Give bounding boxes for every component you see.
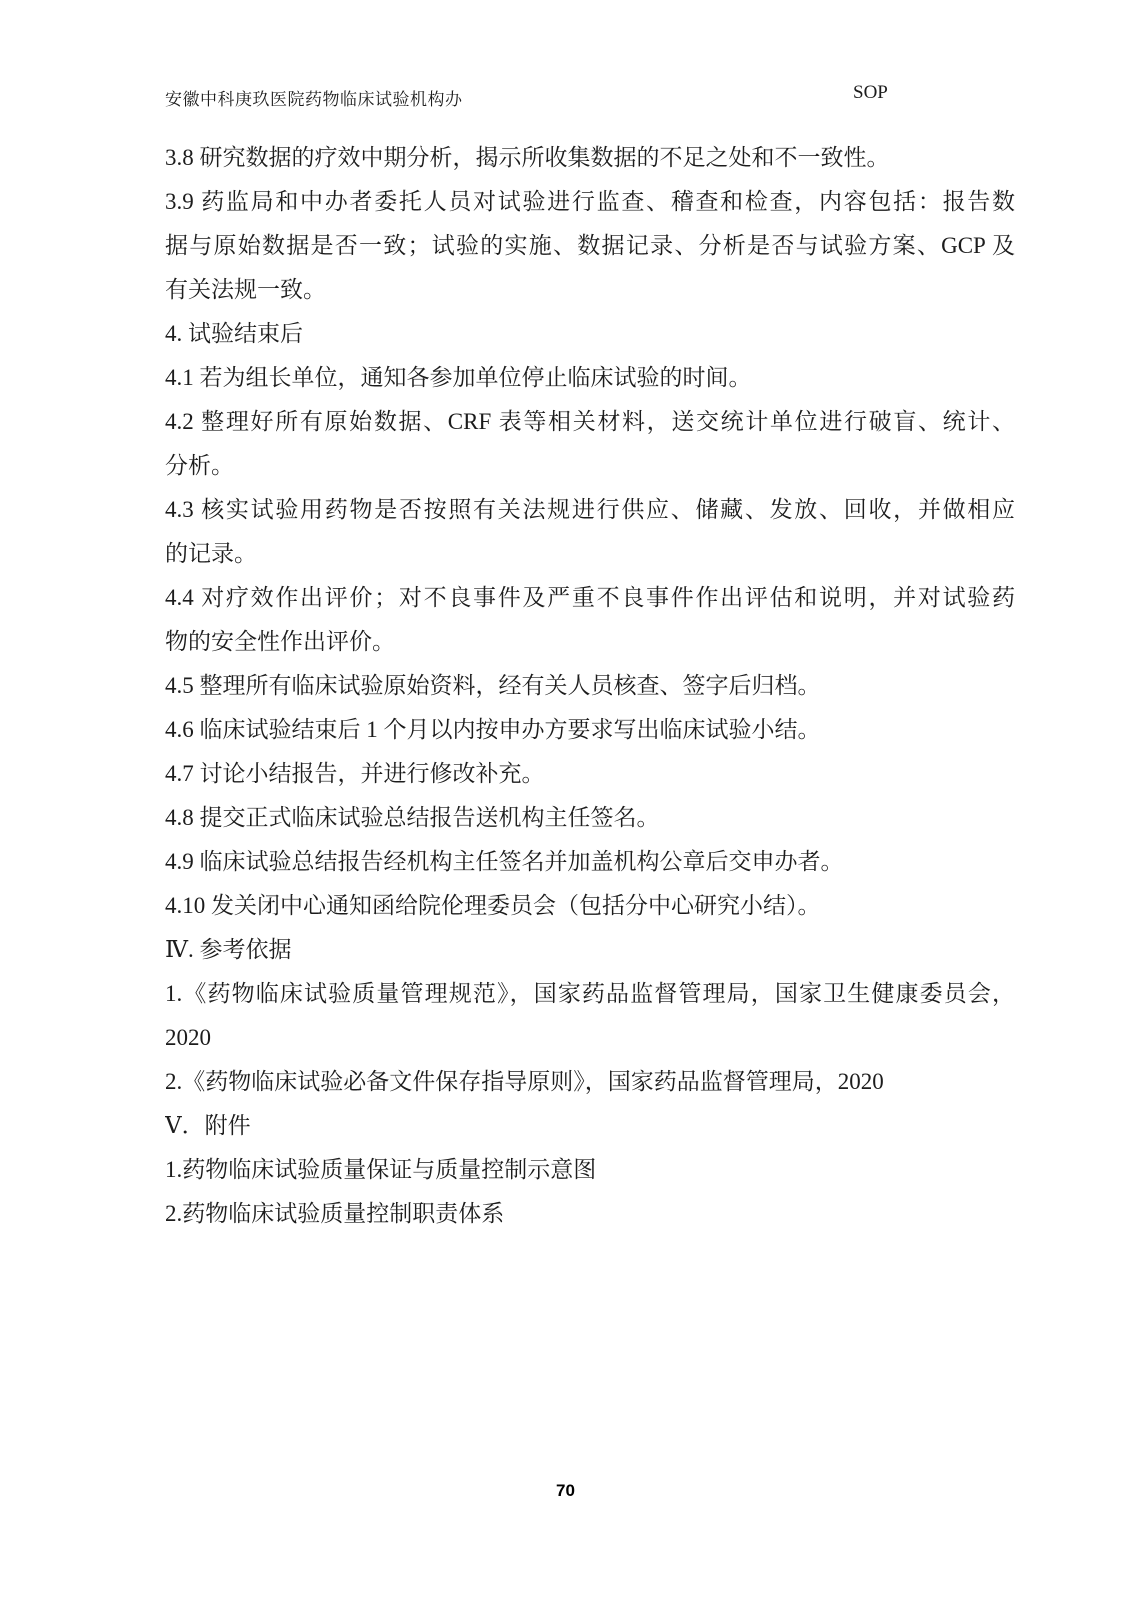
body-line: 分析。 xyxy=(165,444,1015,488)
body-line: 4.10 发关闭中心通知函给院伦理委员会（包括分中心研究小结）。 xyxy=(165,884,1015,928)
body-line: 4. 试验结束后 xyxy=(165,312,1015,356)
body-line: 1.《药物临床试验质量管理规范》，国家药品监督管理局，国家卫生健康委员会， xyxy=(165,972,1015,1016)
body-line: 物的安全性作出评价。 xyxy=(165,620,1015,664)
body-line: 4.5 整理所有临床试验原始资料，经有关人员核查、签字后归档。 xyxy=(165,664,1015,708)
body-line: 4.7 讨论小结报告，并进行修改补充。 xyxy=(165,752,1015,796)
document-body: 3.8 研究数据的疗效中期分析，揭示所收集数据的不足之处和不一致性。3.9 药监… xyxy=(165,136,1015,1236)
body-line: 2.药物临床试验质量控制职责体系 xyxy=(165,1192,1015,1236)
body-line: 4.6 临床试验结束后 1 个月以内按申办方要求写出临床试验小结。 xyxy=(165,708,1015,752)
body-line: 4.3 核实试验用药物是否按照有关法规进行供应、储藏、发放、回收，并做相应 xyxy=(165,488,1015,532)
body-line: 据与原始数据是否一致；试验的实施、数据记录、分析是否与试验方案、GCP 及 xyxy=(165,224,1015,268)
header-sop-label: SOP xyxy=(853,82,888,104)
body-line: 4.4 对疗效作出评价；对不良事件及严重不良事件作出评估和说明，并对试验药 xyxy=(165,576,1015,620)
body-line: Ⅴ．附件 xyxy=(165,1104,1015,1148)
body-line: 有关法规一致。 xyxy=(165,268,1015,312)
header-institution-title: 安徽中科庚玖医院药物临床试验机构办 xyxy=(165,85,463,110)
body-line: 4.1 若为组长单位，通知各参加单位停止临床试验的时间。 xyxy=(165,356,1015,400)
body-line: 2.《药物临床试验必备文件保存指导原则》，国家药品监督管理局，2020 xyxy=(165,1060,1015,1104)
body-line: 1.药物临床试验质量保证与质量控制示意图 xyxy=(165,1148,1015,1192)
body-line: 2020 xyxy=(165,1016,1015,1060)
document-page: 安徽中科庚玖医院药物临床试验机构办 SOP 3.8 研究数据的疗效中期分析，揭示… xyxy=(0,0,1131,1600)
body-line: 3.9 药监局和中办者委托人员对试验进行监查、稽查和检查，内容包括：报告数 xyxy=(165,180,1015,224)
page-number: 70 xyxy=(0,1481,1131,1501)
body-line: 的记录。 xyxy=(165,532,1015,576)
body-line: Ⅳ. 参考依据 xyxy=(165,928,1015,972)
body-line: 4.2 整理好所有原始数据、CRF 表等相关材料，送交统计单位进行破盲、统计、 xyxy=(165,400,1015,444)
body-line: 3.8 研究数据的疗效中期分析，揭示所收集数据的不足之处和不一致性。 xyxy=(165,136,1015,180)
body-line: 4.9 临床试验总结报告经机构主任签名并加盖机构公章后交申办者。 xyxy=(165,840,1015,884)
body-line: 4.8 提交正式临床试验总结报告送机构主任签名。 xyxy=(165,796,1015,840)
